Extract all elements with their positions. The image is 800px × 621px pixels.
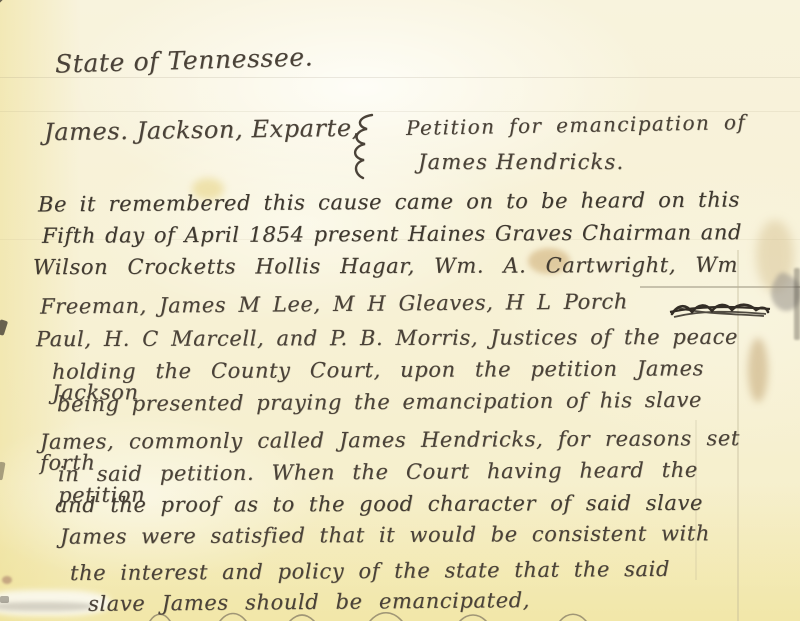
ink-stain (748, 338, 768, 402)
edge-mark (0, 462, 6, 481)
manuscript-line: being presented praying the emancipation… (57, 390, 702, 416)
manuscript-line: Freeman, James M Lee, M H Gleaves, H L P… (40, 291, 628, 317)
bottom-edge-smudge (0, 602, 92, 611)
curly-brace-mark (350, 112, 380, 184)
right-edge-shadow (794, 268, 800, 340)
struck-out-word-scribble (668, 296, 772, 326)
edge-spot (2, 576, 12, 584)
scanned-manuscript-page: State of Tennessee. James. Jackson, Expa… (0, 0, 800, 621)
manuscript-line: Wilson Crocketts Hollis Hagar, Wm. A. Ca… (33, 255, 738, 278)
manuscript-line: and the proof as to the good character o… (55, 493, 703, 516)
cut-off-line-strokes (140, 608, 620, 621)
state-heading: State of Tennessee. (55, 42, 314, 78)
petition-title-line1: Petition for emancipation of (406, 110, 747, 140)
manuscript-line: the interest and policy of the state tha… (70, 559, 670, 584)
scan-artifact-line (0, 77, 800, 78)
manuscript-line: Paul, H. C Marcell, and P. B. Morris, Ju… (36, 327, 738, 350)
manuscript-line: Be it remembered this cause came on to b… (38, 190, 740, 216)
manuscript-line: James were satisfied that it would be co… (60, 523, 710, 547)
edge-mark (0, 319, 8, 336)
petition-title-line2: James Hendricks. (418, 150, 624, 174)
edge-mark (0, 596, 9, 603)
corner-mark (0, 0, 19, 5)
manuscript-line: Fifth day of April 1854 present Haines G… (42, 222, 742, 247)
party-line: James. Jackson, Exparte, (44, 114, 360, 146)
